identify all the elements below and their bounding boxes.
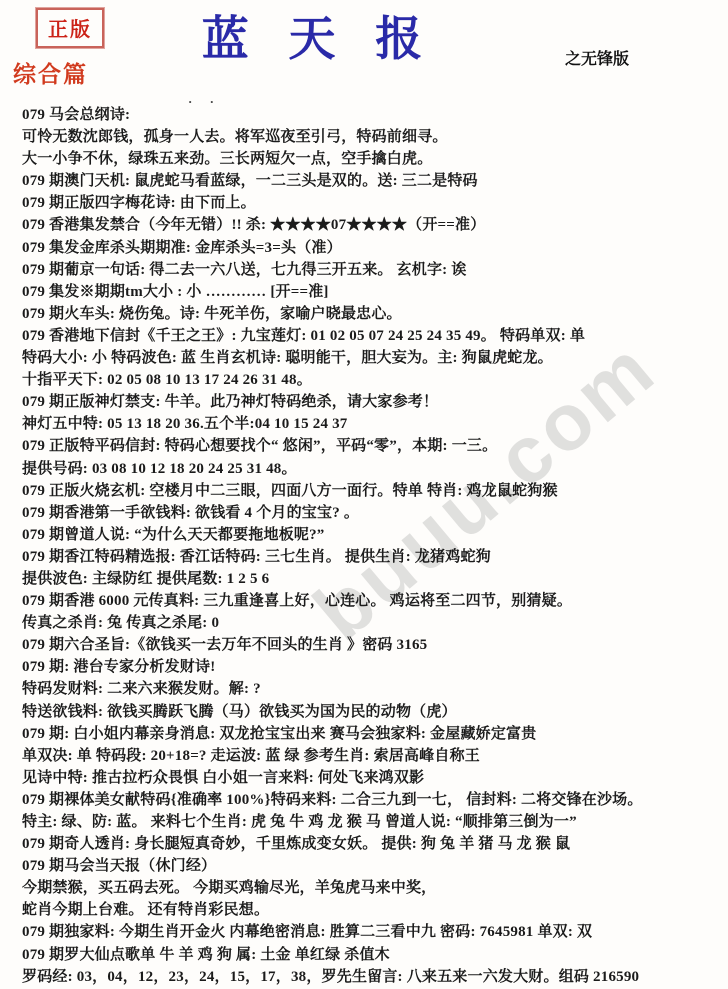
report-line: 神灯五中特: 05 13 18 20 36.五个半:04 10 15 24 37: [22, 413, 722, 435]
report-line: 见诗中特: 推古拉朽众畏惧 白小姐一言来料: 何处飞来鸿双影: [22, 767, 722, 789]
report-line: 079 期正版神灯禁支: 牛羊。此乃神灯特码绝杀，请大家参考！: [22, 391, 722, 413]
report-line: 079 期葡京一句话: 得二去一六八送，七九得三开五来。 玄机字: 诶: [22, 259, 722, 281]
report-line: 十指平天下: 02 05 08 10 13 17 24 26 31 48。: [22, 369, 722, 391]
report-line: 079 期马会当天报（休门经）: [22, 855, 722, 877]
report-line: 提供波色: 主绿防红 提供尾数: 1 2 5 6: [22, 568, 722, 590]
report-line: 特主: 绿、防: 蓝。 来料七个生肖: 虎 兔 牛 鸡 龙 猴 马 曾道人说: …: [22, 811, 722, 833]
report-line: 079 正版火烧玄机: 空楼月中二三眼，四面八方一面行。特单 特肖: 鸡龙鼠蛇狗…: [22, 480, 722, 502]
newspaper-page: 正版 蓝 天 报 之无锋版 综合篇 · · buuu.com 079 马会总纲诗…: [0, 0, 728, 989]
report-line: 今期禁猴，买五码去死。 今期买鸡输尽光，羊兔虎马来中奖，: [22, 877, 722, 899]
report-line: 079 正版特平码信封: 特码心想要找个“ 悠闲”，平码“零”，本期: 一三。: [22, 435, 722, 457]
report-line: 079 期澳门天机: 鼠虎蛇马看蓝绿，一二三头是双的。送: 三二是特码: [22, 170, 722, 192]
report-line: 079 期香江特码精选报: 香江话特码: 三七生肖。 提供生肖: 龙猪鸡蛇狗: [22, 546, 722, 568]
report-line: 可怜无数沈郎钱，孤身一人去。将军巡夜至引弓，特码前细寻。: [22, 126, 722, 148]
report-line: 079 期正版四字梅花诗: 由下而上。: [22, 192, 722, 214]
report-line: 079 集发※期期tm大小 : 小 ………… [开==准]: [22, 281, 722, 303]
report-line: 特码发财料: 二来六来猴发财。解: ?: [22, 678, 722, 700]
report-line: 079 香港集发禁合（今年无错）!! 杀: ★★★★07★★★★（开==准）: [22, 214, 722, 236]
report-line: 079 期奇人透肖: 身长腿短真奇妙，千里炼成变女妖。 提供: 狗 兔 羊 猪 …: [22, 833, 722, 855]
report-line: 特送欲钱料: 欲钱买腾跃飞腾（马）欲钱买为国为民的动物（虎）: [22, 701, 722, 723]
report-line: 079 期独家料: 今期生肖开金火 内幕绝密消息: 胜算二三看中九 密码: 76…: [22, 921, 722, 943]
report-line: 079 期: 港台专家分析发财诗!: [22, 656, 722, 678]
report-line: 罗码经: 03，04，12，23，24，15，17，38，罗先生留言: 八来五来…: [22, 966, 722, 988]
report-line: 079 期罗大仙点歌单 牛 羊 鸡 狗 属: 土金 单红绿 杀值木: [22, 944, 722, 966]
report-line: 079 期曾道人说: “为什么天天都要拖地板呢?”: [22, 524, 722, 546]
report-lines: 079 马会总纲诗:可怜无数沈郎钱，孤身一人去。将军巡夜至引弓，特码前细寻。大一…: [22, 104, 722, 988]
report-line: 传真之杀肖: 兔 传真之杀尾: 0: [22, 612, 722, 634]
report-line: 单双决: 单 特码段: 20+18=? 走运波: 蓝 绿 参考生肖: 索居高峰自…: [22, 745, 722, 767]
report-line: 079 期火车头: 烧伤兔。诗: 牛死羊伤，家喻户晓最忠心。: [22, 303, 722, 325]
report-line: 大一小争不休，绿珠五来劲。三长两短欠一点，空手擒白虎。: [22, 148, 722, 170]
report-line: 079 香港地下信封《千王之王》: 九宝莲灯: 01 02 05 07 24 2…: [22, 325, 722, 347]
report-line: 提供号码: 03 08 10 12 18 20 24 25 31 48。: [22, 458, 722, 480]
report-line: 079 期: 白小姐内幕亲身消息: 双龙抢宝宝出来 赛马会独家料: 金屋藏娇定富…: [22, 723, 722, 745]
edition-label: 之无锋版: [565, 46, 629, 69]
section-heading: 综合篇: [13, 56, 88, 89]
report-line: 特码大小: 小 特码波色: 蓝 生肖玄机诗: 聪明能干，胆大妄为。主: 狗鼠虎蛇…: [22, 347, 722, 369]
report-line: 079 期香港第一手欲钱料: 欲钱看 4 个月的宝宝? 。: [22, 502, 722, 524]
report-line: 079 期裸体美女献特码{准确率 100%}特码来料: 二合三九到一七， 信封料…: [22, 789, 722, 811]
report-line: 蛇肖今期上台难。 还有特肖彩民想。: [22, 899, 722, 921]
report-line: 079 期六合圣旨:《欲钱买一去万年不回头的生肖 》密码 3165: [22, 634, 722, 656]
report-line: 079 期香港 6000 元传真料: 三九重逢喜上好，心连心。 鸡运将至二四节，…: [22, 590, 722, 612]
report-line: 079 集发金库杀头期期准: 金库杀头=3=头（准）: [22, 237, 722, 259]
report-line: 079 马会总纲诗:: [22, 104, 722, 126]
